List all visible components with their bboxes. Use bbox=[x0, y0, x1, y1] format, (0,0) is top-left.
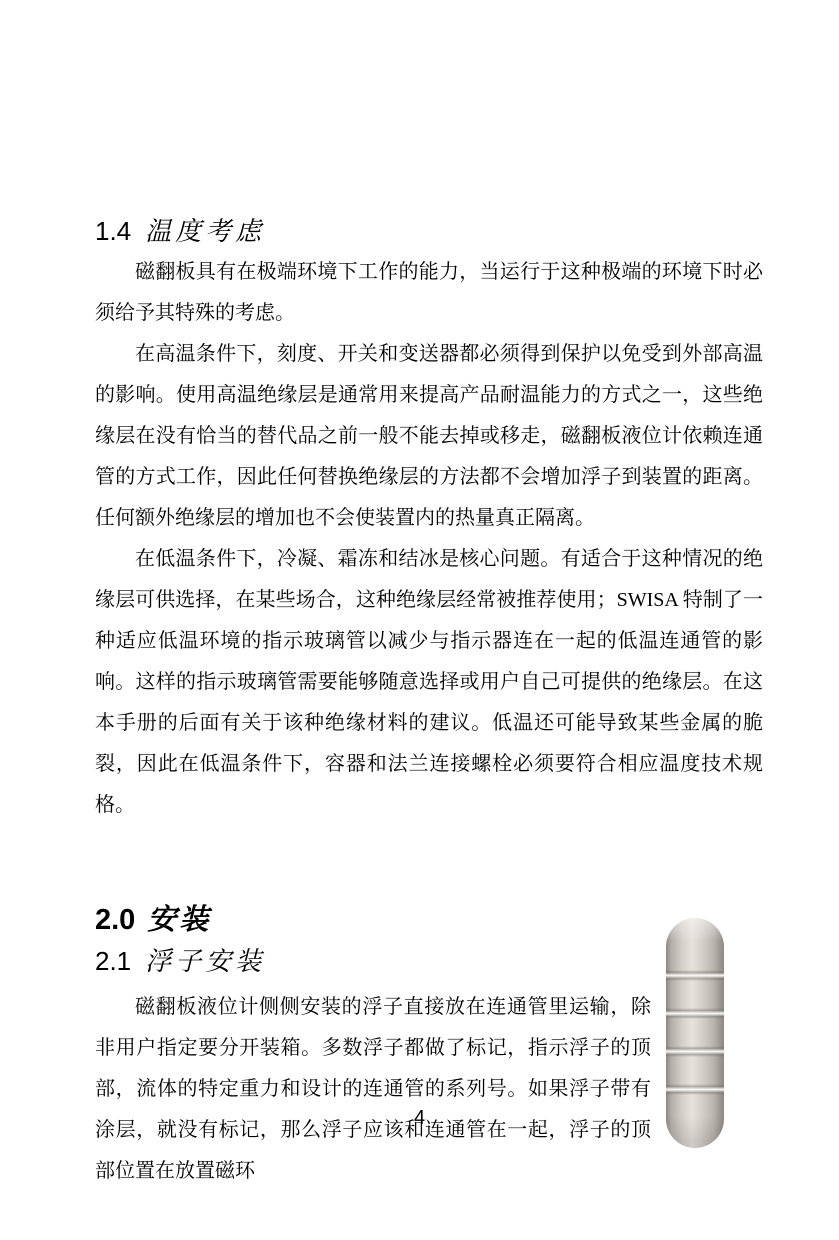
chapter-number: 2.0 bbox=[95, 904, 135, 936]
paragraph-temperature-3: 在低温条件下，冷凝、霜冻和结冰是核心问题。有适合于这种情况的绝缘层可供选择，在某… bbox=[95, 539, 763, 826]
section-number: 2.1 bbox=[95, 946, 131, 976]
page-content: 1.4温度考虑 磁翻板具有在极端环境下工作的能力，当运行于这种极端的环境下时必须… bbox=[95, 0, 763, 1192]
section-number: 1.4 bbox=[95, 216, 131, 246]
capsule-groove bbox=[666, 970, 724, 981]
paragraph-temperature-1: 磁翻板具有在极端环境下工作的能力，当运行于这种极端的环境下时必须给予其特殊的考虑… bbox=[95, 252, 763, 334]
capsule-groove bbox=[666, 1084, 724, 1095]
page-number: 4 bbox=[0, 1103, 839, 1133]
chapter-title: 安装 bbox=[147, 904, 211, 936]
paragraph-temperature-2: 在高温条件下，刻度、开关和变送器都必须得到保护以免受到外部高温的影响。使用高温绝… bbox=[95, 334, 763, 539]
chapter-heading-2-0: 2.0安装 bbox=[95, 902, 763, 938]
section-title: 温度考虑 bbox=[145, 217, 265, 246]
paragraph-float-install-1: 磁翻板液位计侧侧安装的浮子直接放在连通管里运输，除非用户指定要分开装箱。多数浮子… bbox=[95, 987, 651, 1192]
capsule-groove bbox=[666, 1046, 724, 1057]
capsule-groove bbox=[666, 1008, 724, 1019]
document-page: 1.4温度考虑 磁翻板具有在极端环境下工作的能力，当运行于这种极端的环境下时必须… bbox=[0, 0, 839, 1240]
section-heading-2-1: 2.1浮子安装 bbox=[95, 944, 763, 979]
section-title: 浮子安装 bbox=[145, 947, 265, 976]
section-heading-1-4: 1.4温度考虑 bbox=[95, 214, 763, 249]
